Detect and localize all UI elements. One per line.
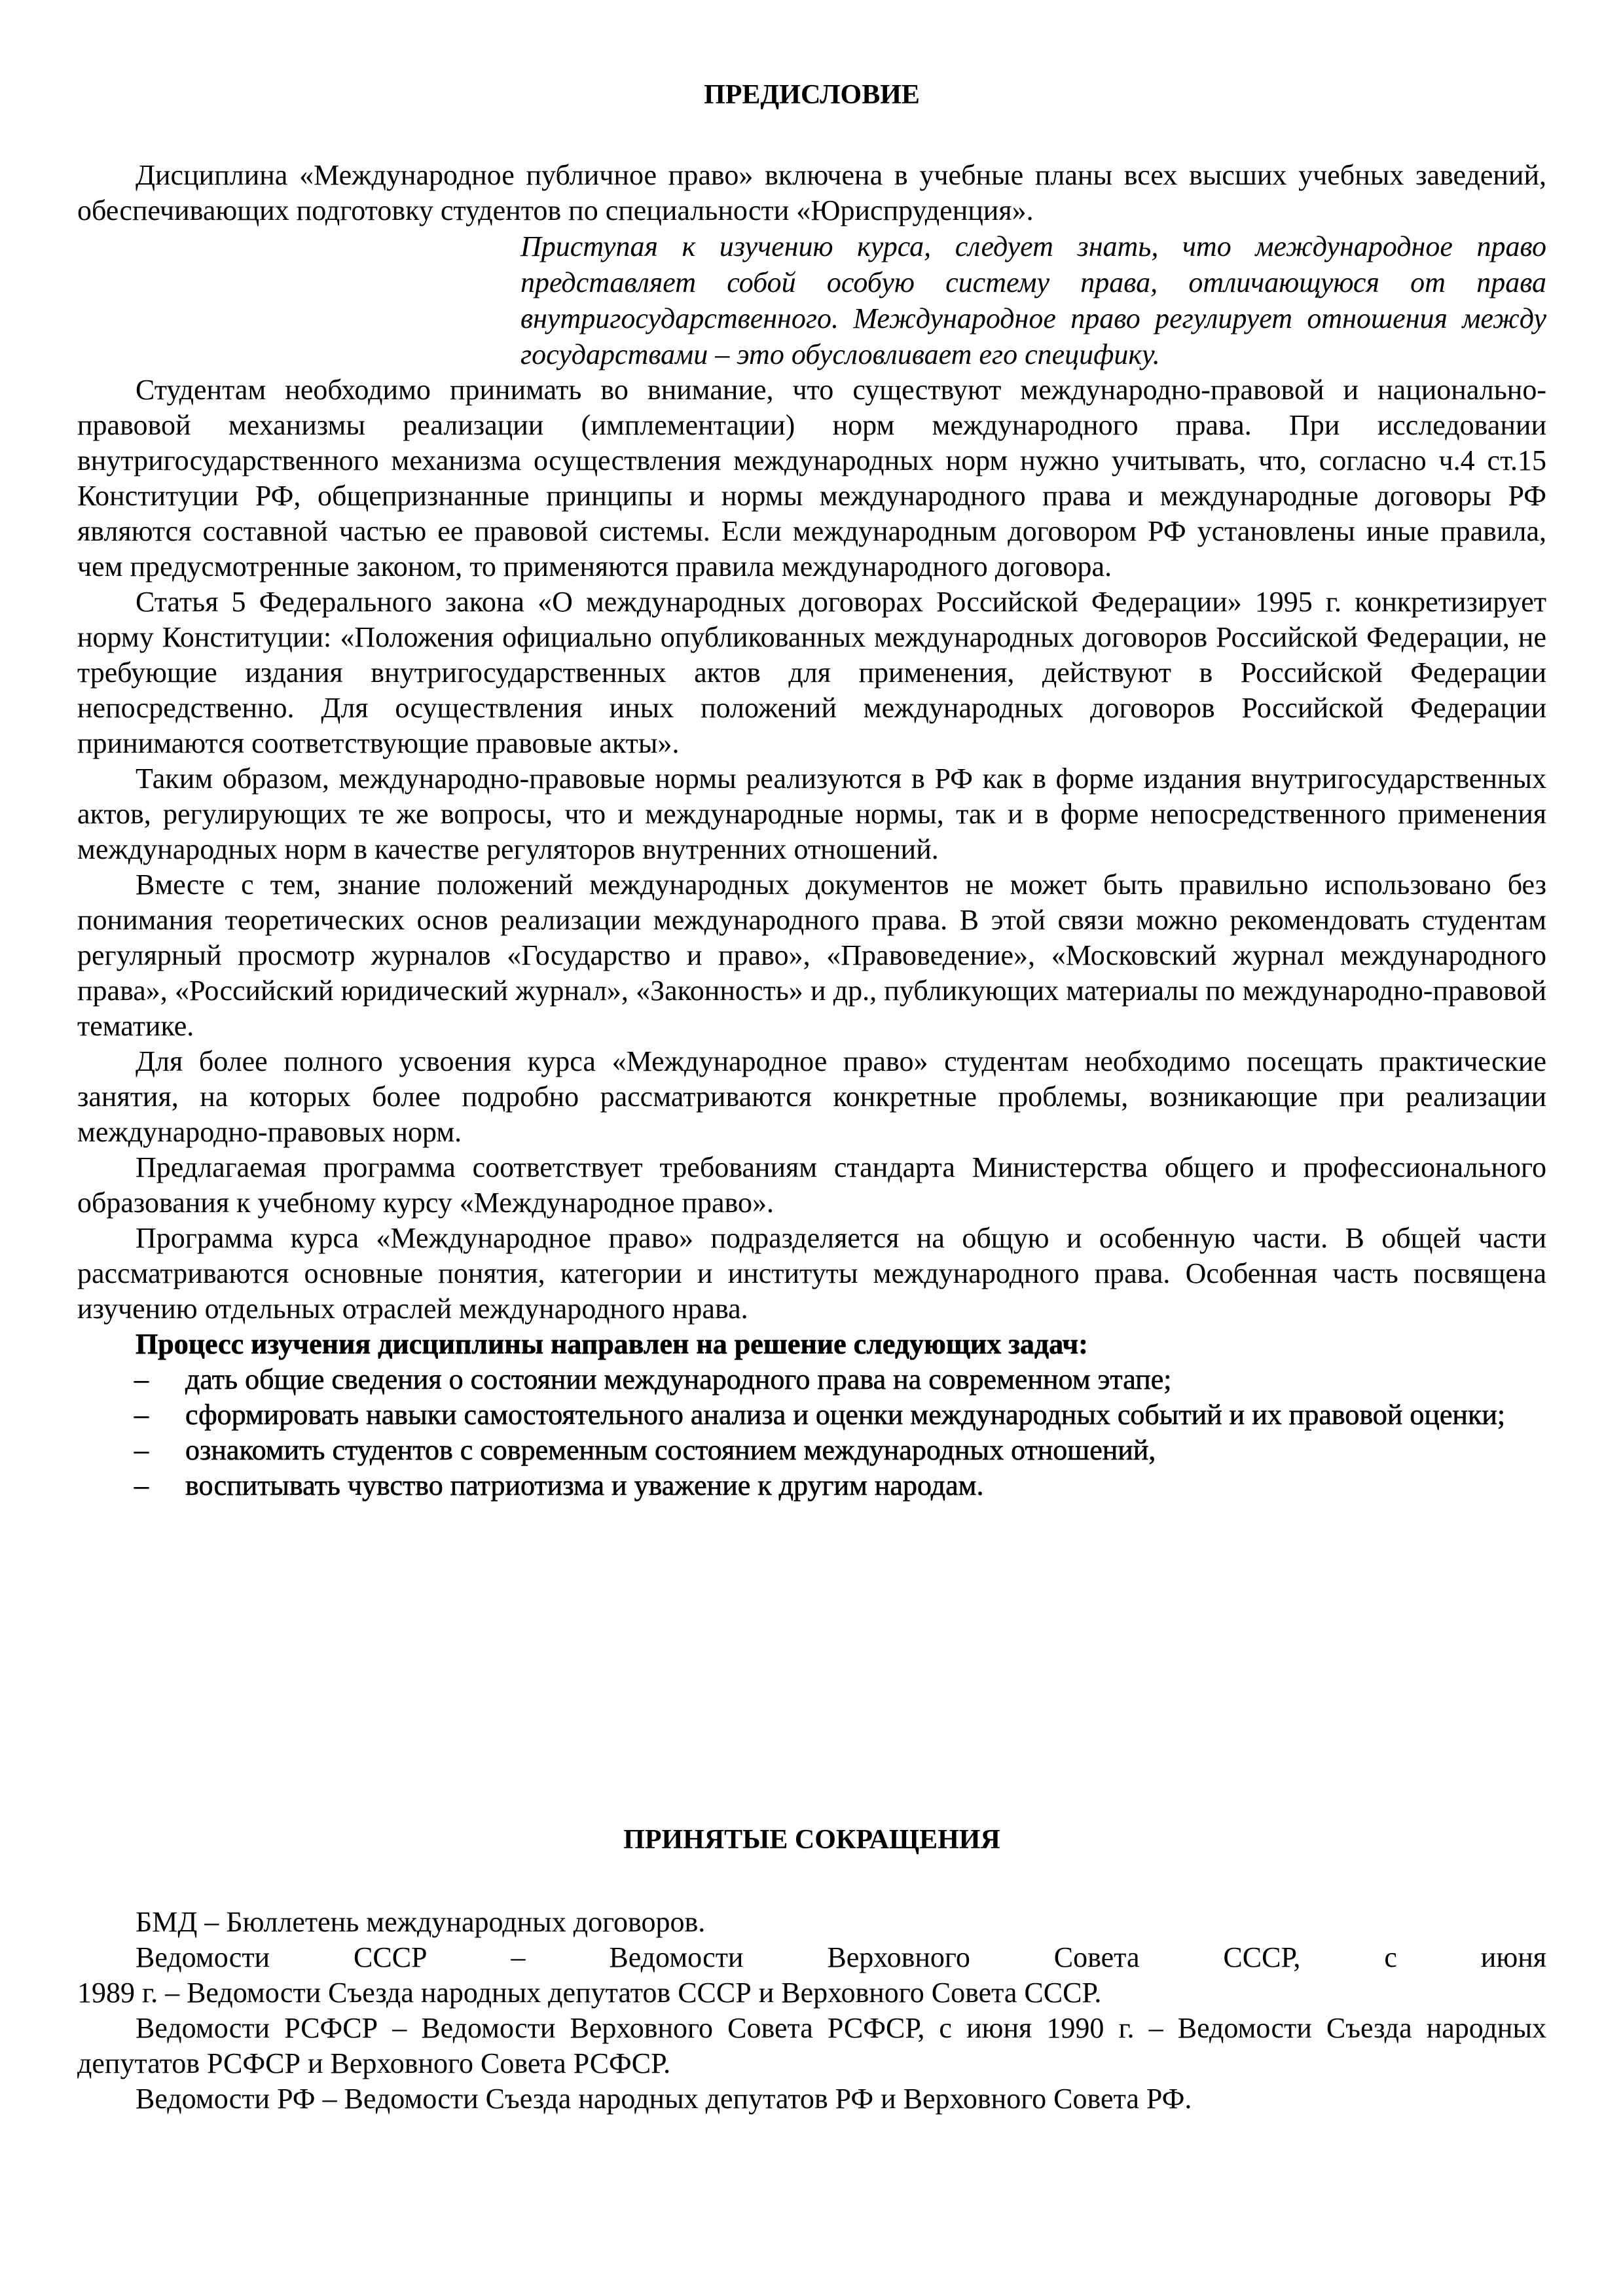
dash-bullet-icon: –: [134, 1433, 185, 1468]
preface-paragraph: Студентам необходимо принимать во вниман…: [77, 372, 1546, 584]
tasks-intro: Процесс изучения дисциплины направлен на…: [77, 1327, 1546, 1362]
preface-intro-paragraph: Дисциплина «Международное публичное прав…: [77, 158, 1546, 228]
task-list-item: –воспитывать чувство патриотизма и уваже…: [77, 1468, 1546, 1503]
dash-bullet-icon: –: [134, 1397, 185, 1433]
task-text: сформировать навыки самостоятельного ана…: [185, 1399, 1505, 1431]
abbreviation-item-line: Ведомости СССР – Ведомости Верховного Со…: [77, 1940, 1546, 1975]
abbreviations-title: ПРИНЯТЫЕ СОКРАЩЕНИЯ: [77, 1822, 1546, 1857]
abbreviations-list: БМД – Бюллетень международных договоров.…: [77, 1905, 1546, 2117]
preface-paragraph: Статья 5 Федерального закона «О междунар…: [77, 584, 1546, 761]
preface-body: Дисциплина «Международное публичное прав…: [77, 158, 1546, 1503]
preface-paragraph: Таким образом, международно-правовые нор…: [77, 761, 1546, 867]
preface-paragraph: Для более полного усвоения курса «Междун…: [77, 1044, 1546, 1150]
preface-title: ПРЕДИСЛОВИЕ: [77, 77, 1546, 113]
abbreviation-item-continuation: 1989 г. – Ведомости Съезда народных депу…: [77, 1975, 1546, 2011]
dash-bullet-icon: –: [134, 1362, 185, 1397]
preface-epigraph: Приступая к изучению курса, следует знат…: [520, 228, 1546, 372]
task-list-item: –ознакомить студентов с современным сост…: [77, 1433, 1546, 1468]
task-text: дать общие сведения о состоянии междунар…: [185, 1363, 1171, 1395]
abbreviation-item: Ведомости РФ – Ведомости Съезда народных…: [77, 2081, 1546, 2117]
abbreviation-item: Ведомости РСФСР – Ведомости Верховного С…: [77, 2011, 1546, 2081]
task-text: ознакомить студентов с современным состо…: [185, 1434, 1156, 1466]
task-list-item: –сформировать навыки самостоятельного ан…: [77, 1397, 1546, 1433]
preface-paragraph: Вместе с тем, знание положений междунаро…: [77, 867, 1546, 1044]
preface-paragraph: Предлагаемая программа соответствует тре…: [77, 1150, 1546, 1221]
preface-paragraph: Программа курса «Международное право» по…: [77, 1221, 1546, 1327]
abbreviation-item: БМД – Бюллетень международных договоров.: [77, 1905, 1546, 1940]
dash-bullet-icon: –: [134, 1468, 185, 1503]
task-text: воспитывать чувство патриотизма и уважен…: [185, 1469, 983, 1501]
task-list-item: –дать общие сведения о состоянии междуна…: [77, 1362, 1546, 1397]
